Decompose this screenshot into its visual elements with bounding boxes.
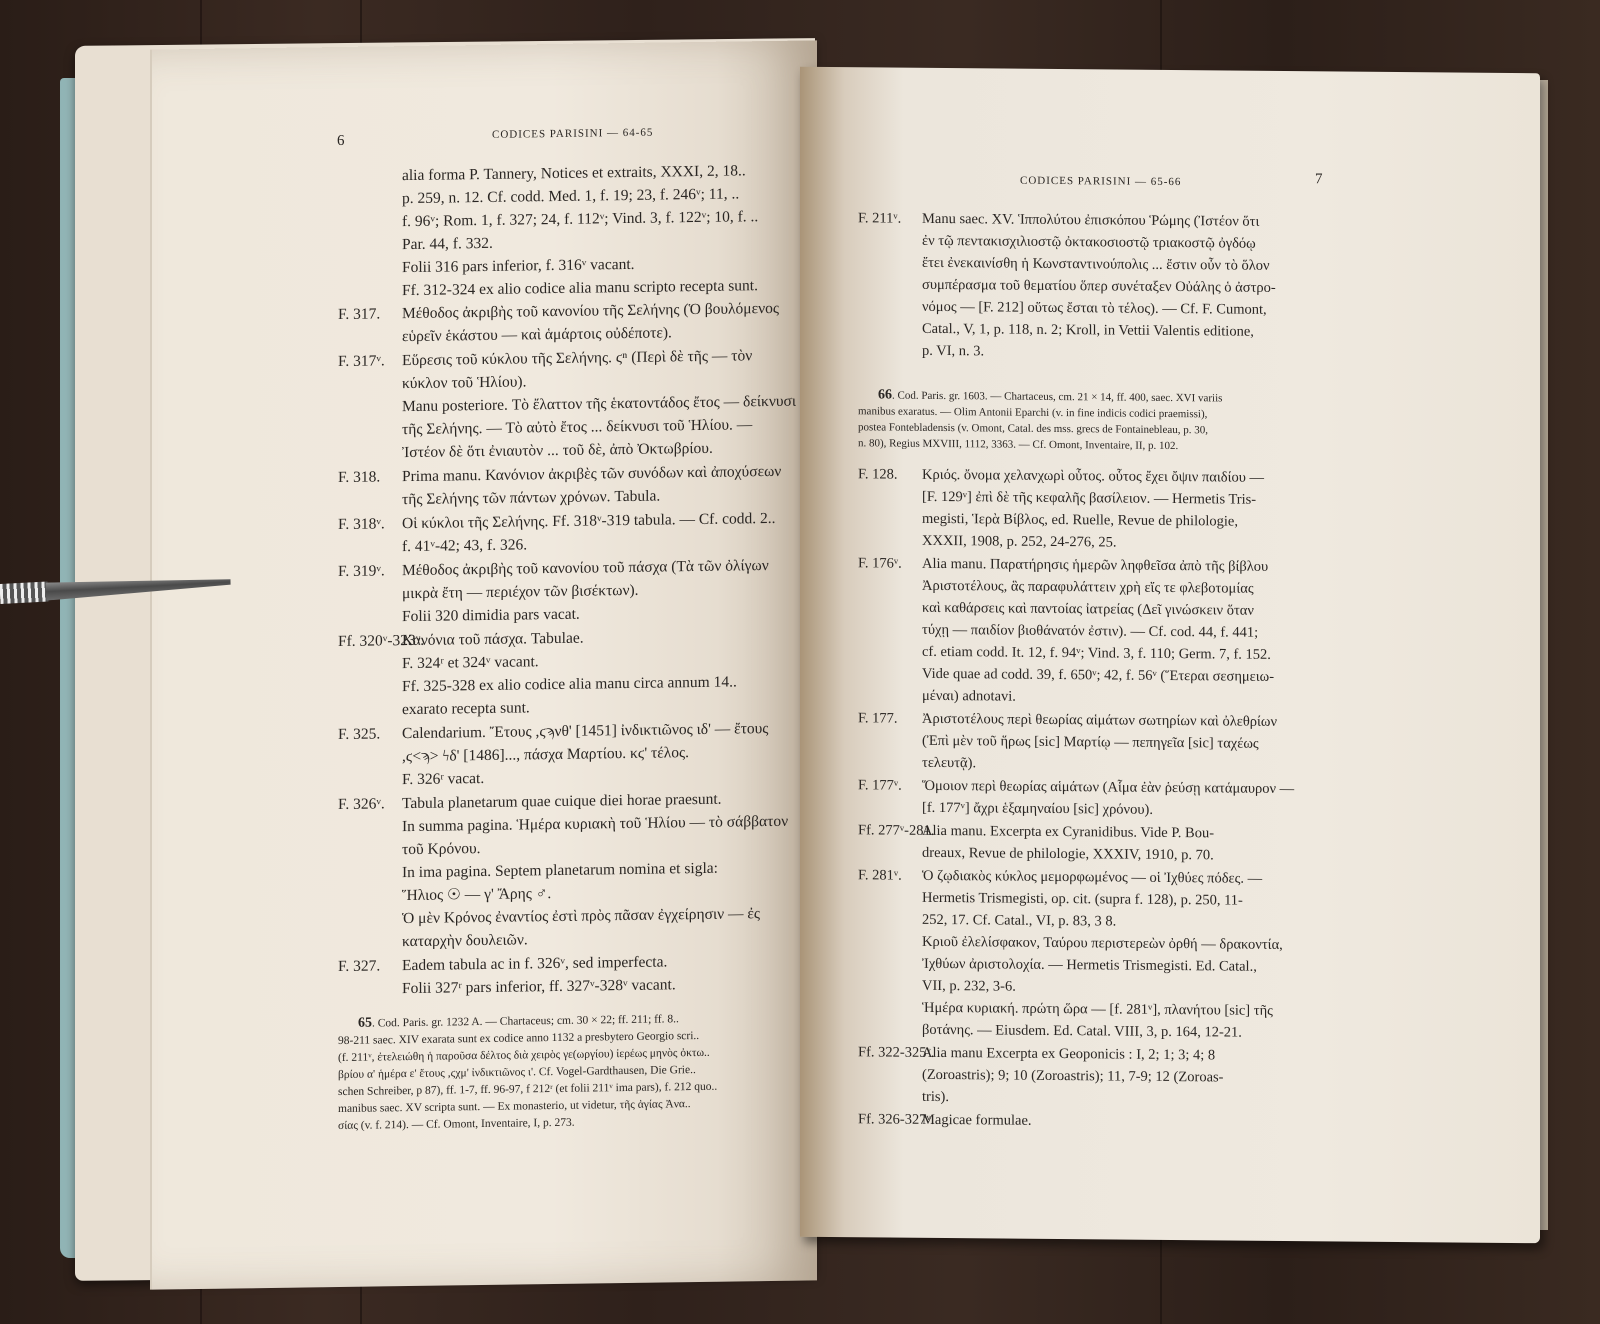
folio-label: F. 318ᵛ. [338,512,402,559]
text-line: τελευτᾷ). [922,752,1328,778]
page-number: 6 [337,133,345,150]
folio-entry: F. 211ᵛ. Manu saec. XV. Ἱππολύτου ἐπισκό… [858,207,1328,365]
text-line: tris). [922,1086,1328,1112]
left-page: 6 CODICES PARISINI — 64-65 alia forma P.… [150,40,817,1289]
folio-label: F. 128. [858,463,922,552]
folio-label: F. 317ᵛ. [338,349,402,465]
text-line: (Ἐπὶ μὲν τοῦ ἥρως [sic] Μαρτίῳ — πεπηγεῖ… [922,730,1328,756]
folio-entry: Ff. 277ᵛ-281. Alia manu. Excerpta ex Cyr… [858,819,1328,867]
tweezers-shaft [45,573,231,601]
text-line: Folii 327ʳ pars inferior, ff. 327ᵛ-328ᵛ … [402,971,808,1000]
folio-entry: F. 325. Calendarium. Ἔτους ,ϛϡνθ' [1451]… [338,716,808,792]
folio-entry: Ff. 320ᵛ-323ᵛ. Κανόνια τοῦ πάσχα. Tabula… [338,623,808,722]
text-line: p. VI, n. 3. [922,340,1328,366]
folio-label: F. 176ᵛ. [858,552,922,707]
running-head: CODICES PARISINI — 65-66 [1020,175,1181,188]
text-line: Magicae formulae. [922,1109,1328,1135]
folio-entry: Ff. 326-327ᵛ. Magicae formulae. [858,1108,1328,1134]
folio-label: F. 281ᵛ. [858,864,922,1041]
folio-label: F. 326ᵛ. [338,792,402,954]
right-entries: F. 211ᵛ. Manu saec. XV. Ἱππολύτου ἐπισκό… [858,207,1328,1135]
folio-entry: F. 319ᵛ. Μέθοδος ἀκριβὴς τοῦ κανονίου το… [338,553,808,629]
text-line: [f. 177ᵛ] ἄχρι ἑξαμηναίου [sic] χρόνου). [922,797,1328,823]
folio-entry: F. 317ᵛ. Εὕρεσις τοῦ κύκλου τῆς Σελήνης.… [338,343,808,465]
folio-entry: F. 326ᵛ. Tabula planetarum quae cuique d… [338,786,808,954]
right-page: CODICES PARISINI — 65-66 7 F. 211ᵛ. Manu… [800,67,1540,1243]
folio-label: F. 327. [338,954,402,1001]
folio-label: F. 177. [858,707,922,774]
text-line: (Zoroastris); 9; 10 (Zoroastris); 11, 7-… [922,1064,1328,1090]
folio-entry: F. 317. Μέθοδος ἀκριβὴς τοῦ κανονίου τῆς… [338,296,808,349]
text-line: βοτάνης. — Eiusdem. Ed. Catal. VIII, 3, … [922,1019,1328,1045]
continuation-block: alia forma P. Tannery, Notices et extrai… [338,158,808,303]
folio-entry: F. 177. Ἀριστοτέλους περὶ θεωρίας αἱμάτω… [858,707,1328,777]
folio-label: F. 317. [338,302,402,349]
left-entries: alia forma P. Tannery, Notices et extrai… [338,158,808,1147]
folio-label: F. 177ᵛ. [858,774,922,819]
text-line: n. 80), Regius MXVIII, 1112, 3363. — Cf.… [858,435,1328,455]
text-line: Cod. Paris. gr. 1603. — Chartaceus, cm. … [898,390,1223,405]
folio-entry: F. 327. Eadem tabula ac in f. 326ᵛ, sed … [338,948,808,1001]
tweezers-grip [0,582,48,604]
codex-number: 66 [878,387,892,402]
codex-description-66: 66. Cod. Paris. gr. 1603. — Chartaceus, … [858,387,1328,455]
text-line: XXXII, 1908, p. 252, 24-276, 25. [922,530,1328,556]
running-head: CODICES PARISINI — 64-65 [492,127,653,141]
codex-number: 65 [358,1016,372,1031]
folio-entry: F. 177ᵛ. Ὅμοιον περὶ θεωρίας αἱμάτων (Αἷ… [858,774,1328,822]
folio-entry: F. 176ᵛ. Alia manu. Παρατήρησις ἡμερῶν λ… [858,552,1328,710]
folio-entry: F. 318. Prima manu. Κανόνιον ἀκριβὲς τῶν… [338,459,808,512]
page-number: 7 [1315,171,1323,188]
text-line: dreaux, Revue de philologie, XXXIV, 1910… [922,842,1328,868]
folio-entry: Ff. 322-325ᵛ. Alia manu Excerpta ex Geop… [858,1041,1328,1111]
folio-entry: F. 281ᵛ. Ὁ ζῳδιακὸς κύκλος μεμορφωμένος … [858,864,1328,1044]
folio-label: F. 325. [338,722,402,792]
folio-label: F. 319ᵛ. [338,559,402,629]
codex-description-65: 65. Cod. Paris. gr. 1232 A. — Chartaceus… [338,1008,808,1135]
folio-label: F. 211ᵛ. [858,207,922,362]
text-line: μέναι) adnotavi. [922,685,1328,711]
text-line: Cod. Paris. gr. 1232 A. — Chartaceus; cm… [378,1013,679,1029]
folio-label: F. 318. [338,465,402,512]
folio-entry: F. 128. Κριός. ὄνομα χελανχωρὶ οὗτος. οὗ… [858,463,1328,555]
folio-entry: F. 318ᵛ. Οἱ κύκλοι τῆς Σελήνης. Ff. 318ᵛ… [338,506,808,559]
